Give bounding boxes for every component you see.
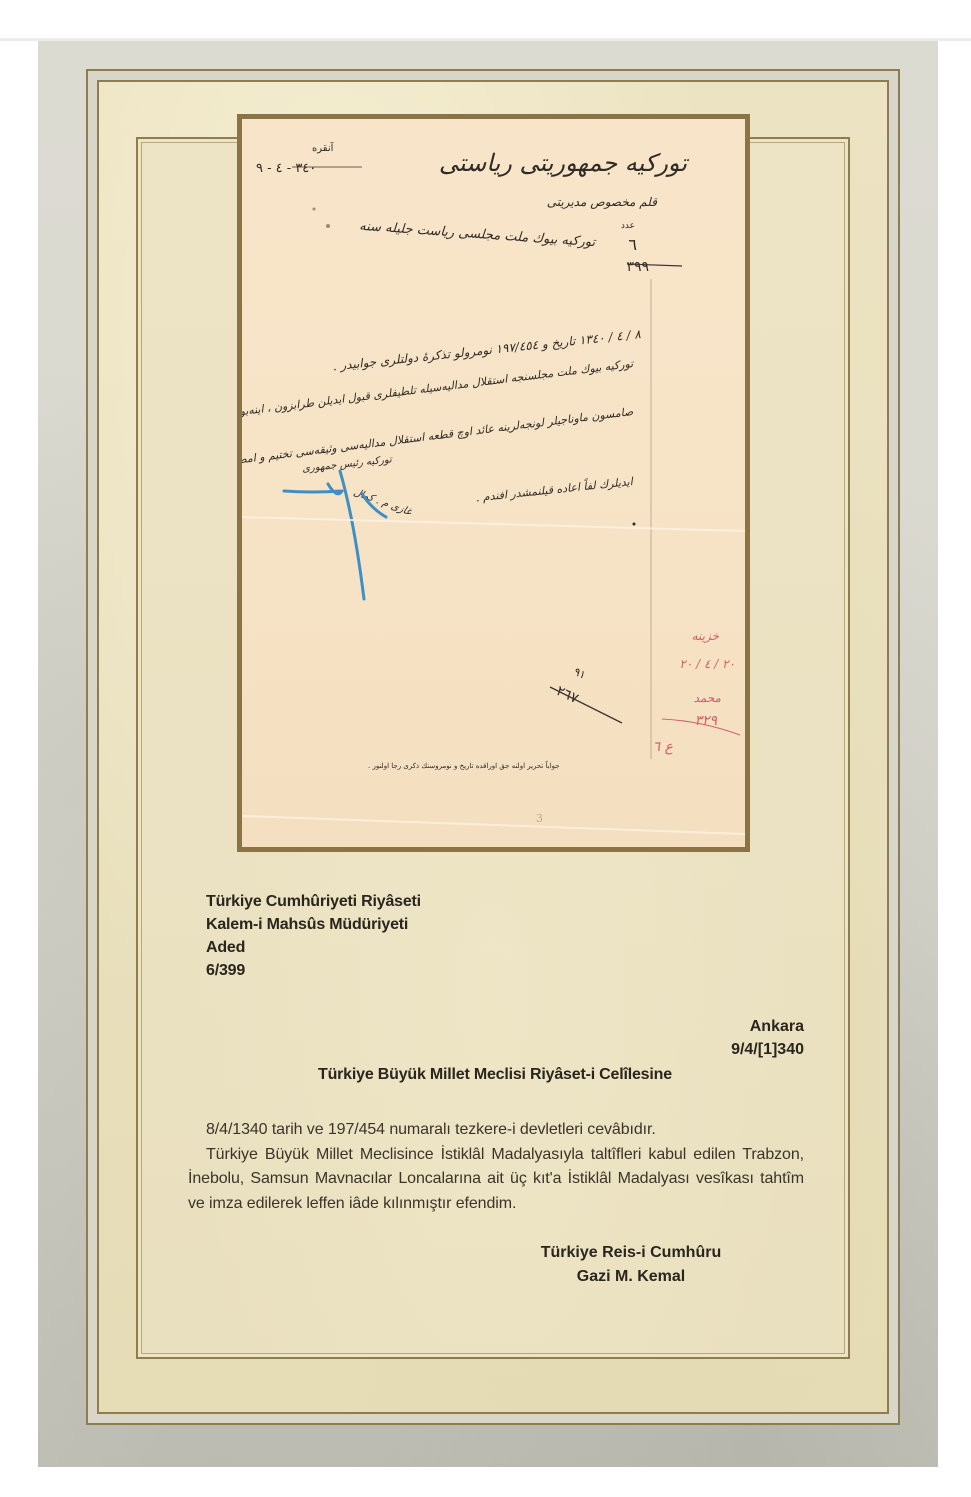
header-line-number-label: Aded — [206, 936, 421, 959]
facsimile-ink-strokes — [242, 119, 745, 847]
signature-title: Türkiye Reis-i Cumhûru — [538, 1241, 724, 1265]
place: Ankara — [731, 1015, 804, 1038]
signature-name: Gazi M. Kemal — [538, 1265, 724, 1289]
addressee: Türkiye Büyük Millet Meclisi Riyâset-i C… — [318, 1066, 672, 1084]
header-line-number: 6/399 — [206, 959, 421, 982]
header-line-department: Kalem-i Mahsûs Müdüriyeti — [206, 913, 421, 936]
original-document-photo: توركيه جمهوريتى رياستى قلم مخصوص مديريتى… — [237, 114, 750, 852]
header-line-office: Türkiye Cumhûriyeti Riyâseti — [206, 890, 421, 913]
transcription-place-date: Ankara 9/4/[1]340 — [731, 1015, 804, 1061]
transcription-header: Türkiye Cumhûriyeti Riyâseti Kalem-i Mah… — [206, 890, 421, 982]
transcription-body: 8/4/1340 tarih ve 197/454 numaralı tezke… — [188, 1118, 804, 1216]
date: 9/4/[1]340 — [731, 1038, 804, 1061]
paragraph-2: Türkiye Büyük Millet Meclisince İstiklâl… — [188, 1143, 804, 1217]
signature-block: Türkiye Reis-i Cumhûru Gazi M. Kemal — [538, 1241, 724, 1289]
paragraph-1: 8/4/1340 tarih ve 197/454 numaralı tezke… — [188, 1118, 804, 1143]
